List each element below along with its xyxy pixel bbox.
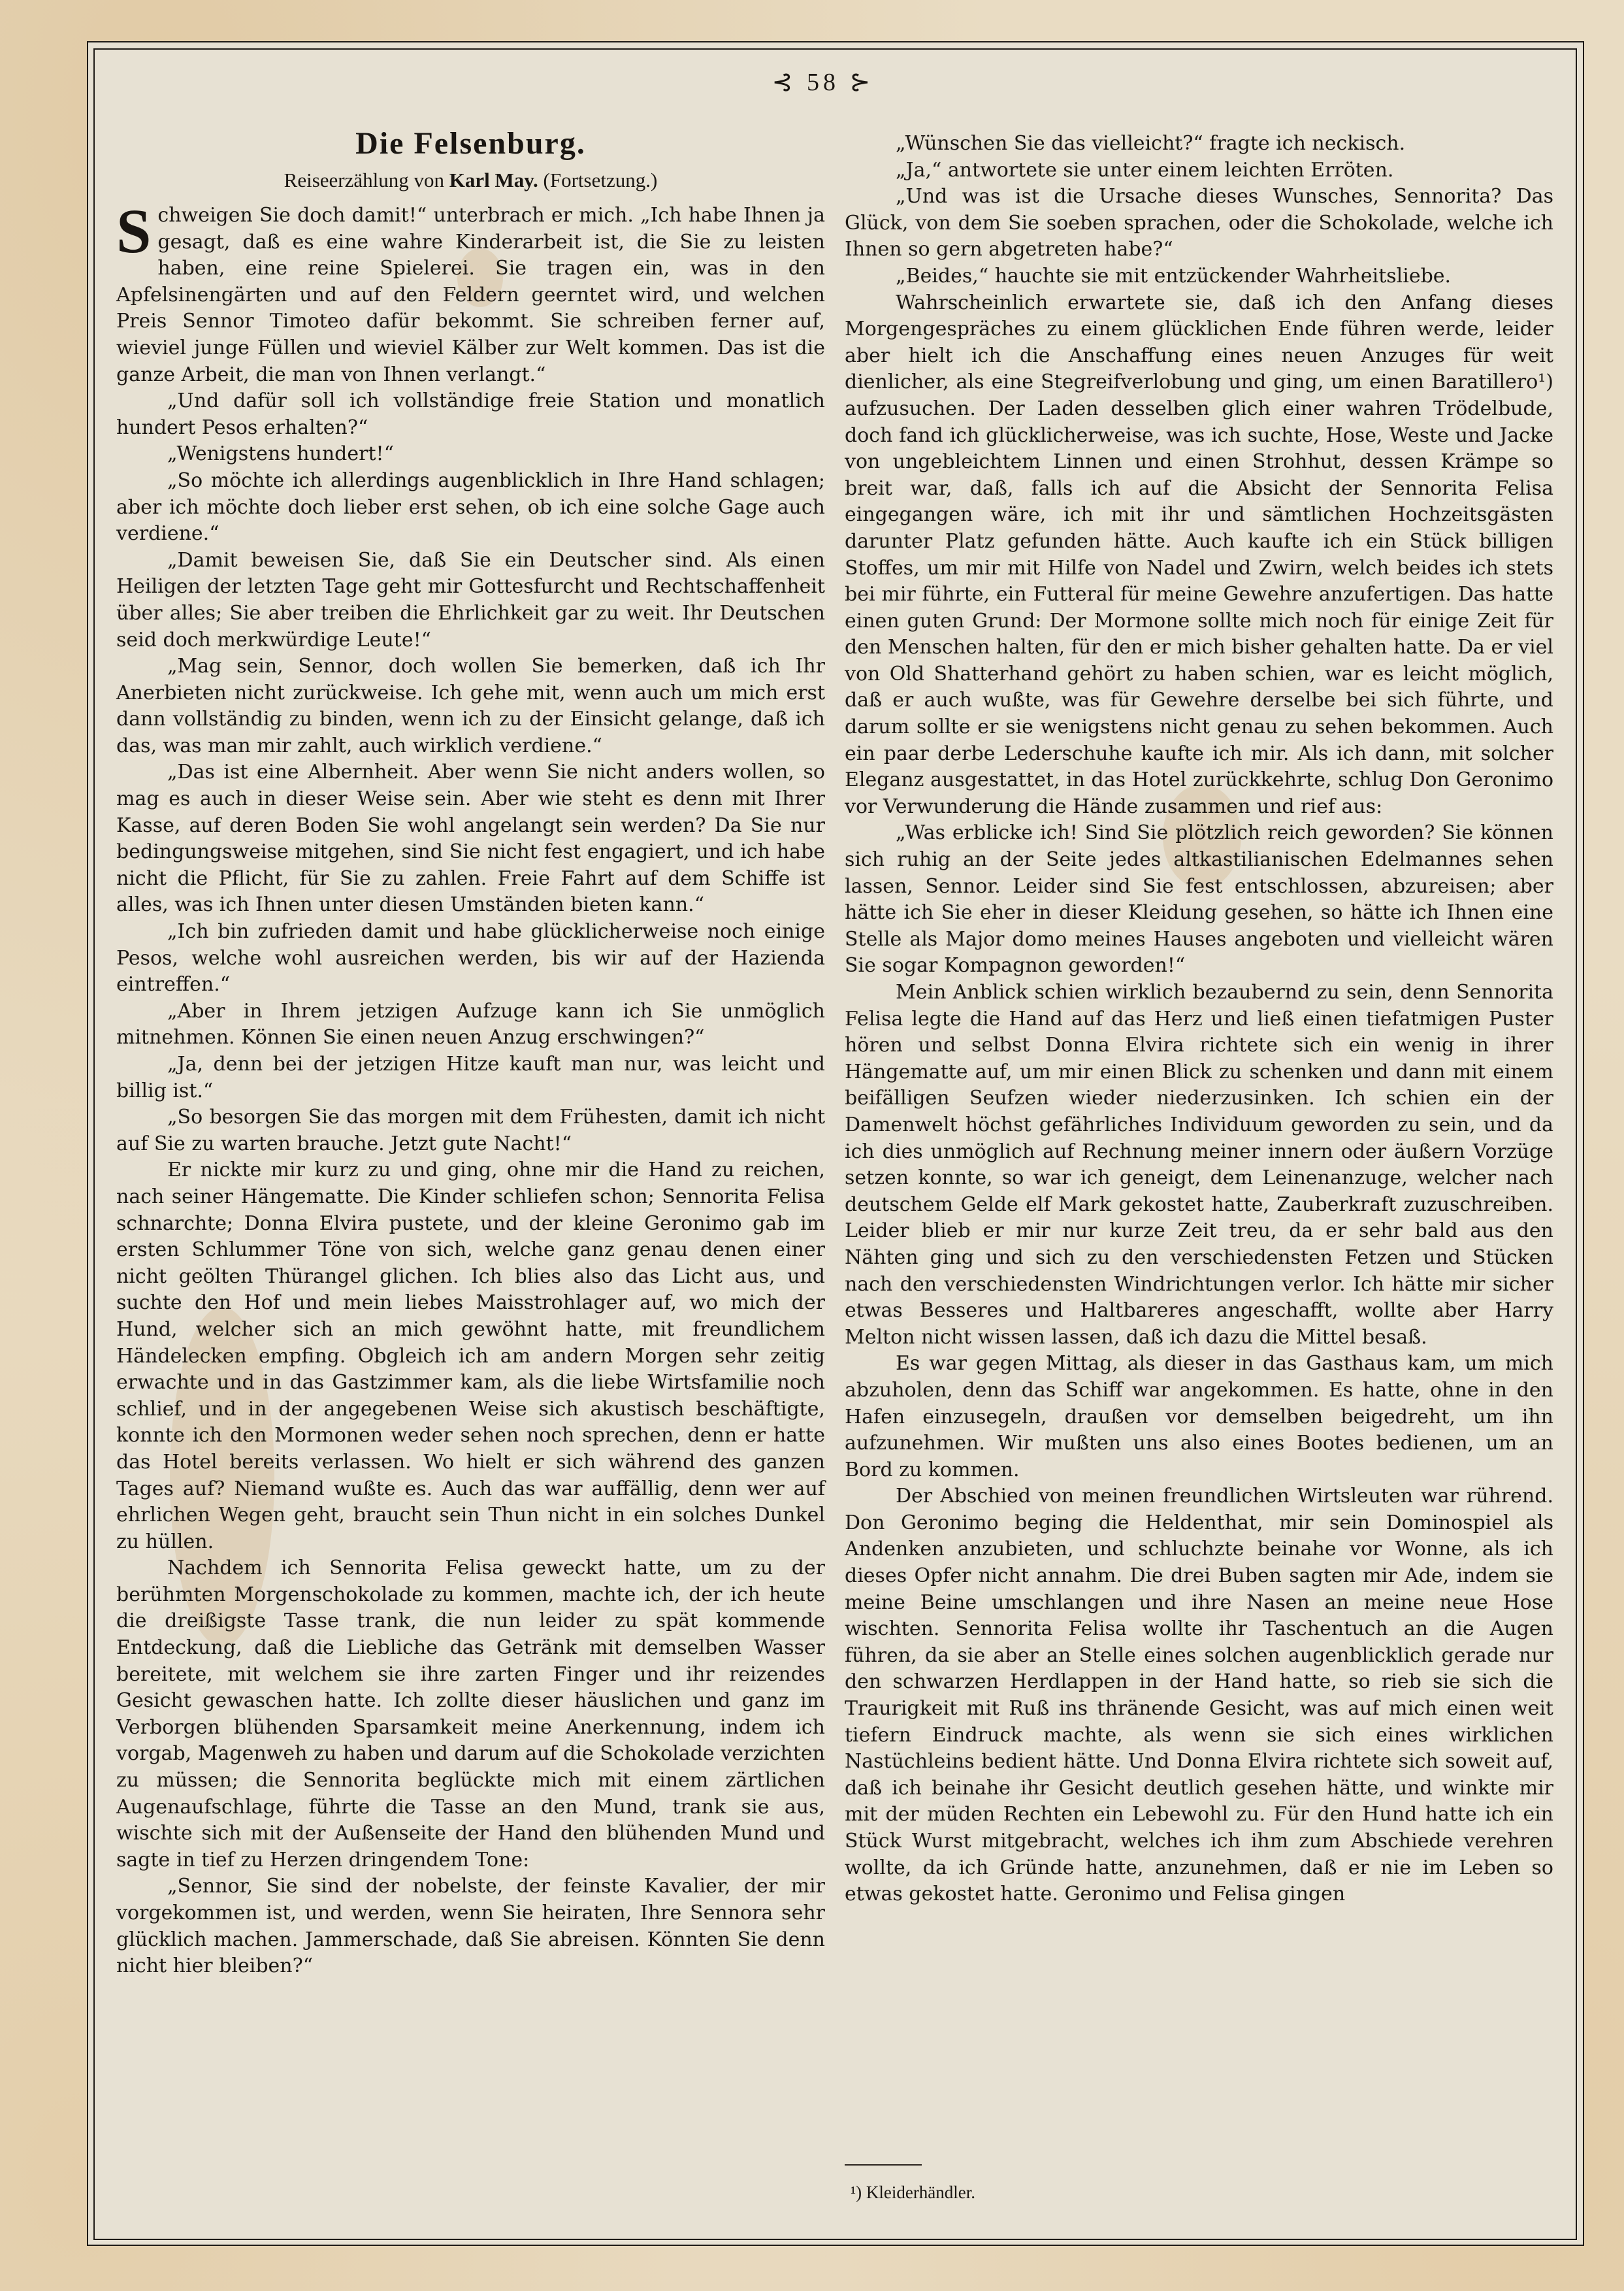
paragraph: Nachdem ich Sennorita Felisa geweckt hat… [116, 1555, 825, 1873]
paragraph: „Aber in Ihrem jetzigen Aufzuge kann ich… [116, 998, 825, 1051]
footnote-text: Kleiderhändler. [866, 2183, 975, 2202]
paragraph: „Damit beweisen Sie, daß Sie ein Deutsch… [116, 548, 825, 653]
paragraph: Schweigen Sie doch damit!“ unterbrach er… [116, 203, 825, 388]
paragraph: Es war gegen Mittag, als dieser in das G… [845, 1351, 1553, 1483]
paragraph: „Sennor, Sie sind der nobelste, der fein… [116, 1873, 825, 1979]
paragraph: „Und dafür soll ich vollständige freie S… [116, 388, 825, 441]
footnote: ¹) Kleiderhändler. [851, 2183, 975, 2203]
footnote-marker: ¹) [851, 2183, 862, 2202]
ornament-left-icon: ⊰ [772, 69, 797, 96]
paragraph: „So möchte ich allerdings augenblicklich… [116, 468, 825, 548]
paragraph: „Das ist eine Albernheit. Aber wenn Sie … [116, 759, 825, 919]
subtitle-suffix: (Fortsetzung.) [544, 169, 658, 191]
paragraph: Der Abschied von meinen freundlichen Wir… [845, 1483, 1553, 1908]
author-name: Karl May. [449, 169, 538, 191]
left-column: Die Felsenburg. Reiseerzählung von Karl … [116, 116, 825, 1980]
subtitle-prefix: Reiseerzählung von [284, 169, 444, 191]
paragraph: „Ja,“ antwortete sie unter einem leichte… [845, 157, 1553, 184]
article-subtitle: Reiseerzählung von Karl May. (Fortsetzun… [116, 167, 825, 193]
paragraph: „Ich bin zufrieden damit und habe glückl… [116, 919, 825, 998]
paragraph: „Wenigstens hundert!“ [116, 441, 825, 468]
paragraph: „Was erblicke ich! Sind Sie plötzlich re… [845, 820, 1553, 980]
footnote-divider [845, 2164, 922, 2166]
page-number-value: 58 [807, 69, 839, 96]
paragraph: „Wünschen Sie das vielleicht?“ fragte ic… [845, 131, 1553, 157]
drop-cap: S [116, 205, 151, 257]
article-title: Die Felsenburg. [116, 123, 825, 165]
paragraph: „So besorgen Sie das morgen mit dem Früh… [116, 1104, 825, 1157]
paragraph: Mein Anblick schien wirklich bezaubernd … [845, 980, 1553, 1351]
ornament-right-icon: ⊱ [850, 69, 875, 96]
paragraph: „Ja, denn bei der jetzigen Hitze kauft m… [116, 1051, 825, 1104]
paragraph: „Mag sein, Sennor, doch wollen Sie bemer… [116, 653, 825, 759]
paragraph: „Beides,“ hauchte sie mit entzückender W… [845, 263, 1553, 290]
paragraph: „Und was ist die Ursache dieses Wunsches… [845, 184, 1553, 263]
page-number: ⊰ 58 ⊱ [719, 67, 928, 97]
paragraph: Er nickte mir kurz zu und ging, ohne mir… [116, 1157, 825, 1555]
right-column: „Wünschen Sie das vielleicht?“ fragte ic… [845, 116, 1553, 1908]
paragraph: Wahrscheinlich erwartete sie, daß ich de… [845, 290, 1553, 821]
